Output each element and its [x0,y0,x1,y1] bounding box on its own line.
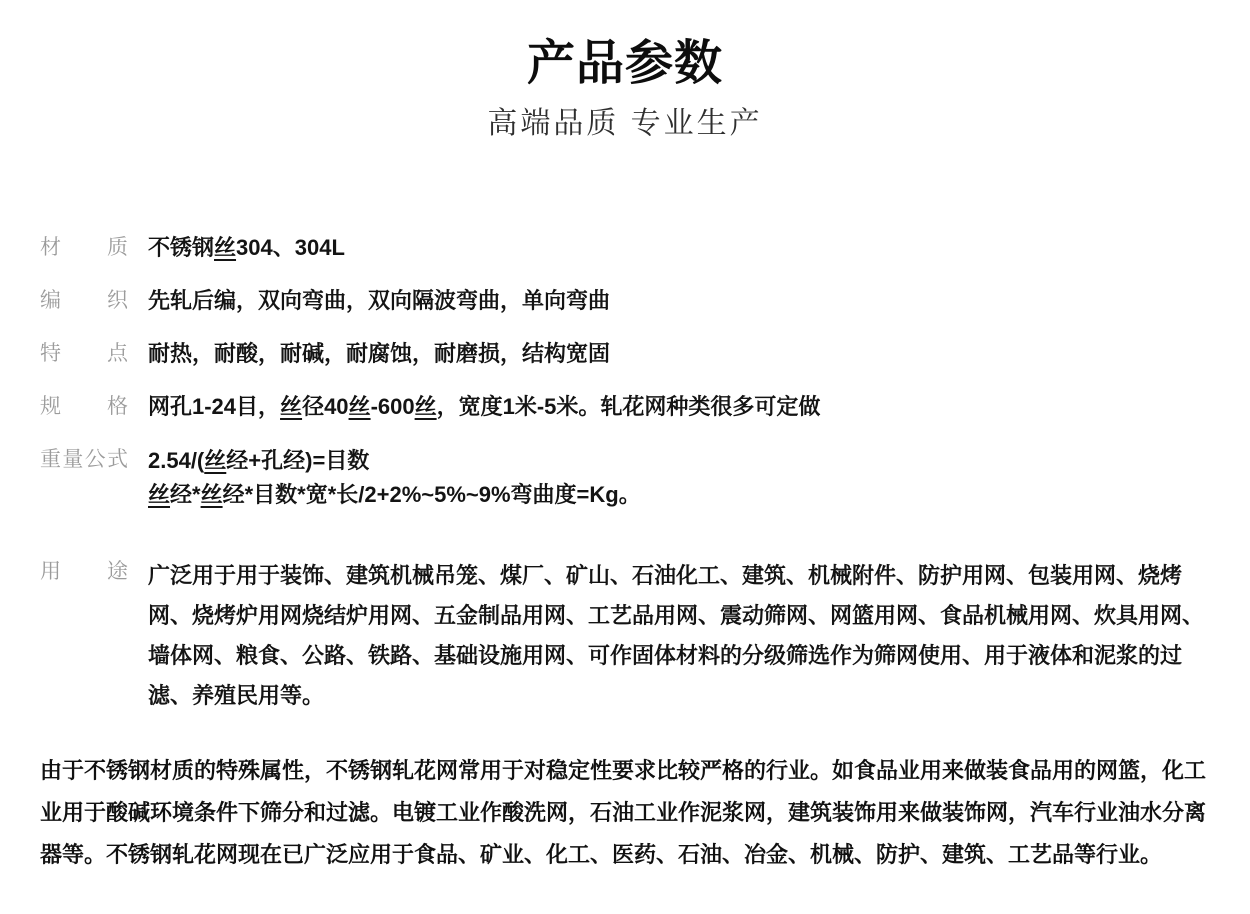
page-title: 产品参数 [0,34,1250,94]
spec-row-uses: 用途 广泛用于用于装饰、建筑机械吊笼、煤厂、矿山、石油化工、建筑、机械附件、防护… [40,556,1210,716]
spec-value-line: 耐热，耐酸，耐碱，耐腐蚀，耐磨损，结构宽固 [148,338,610,370]
spec-value-line: 广泛用于用于装饰、建筑机械吊笼、煤厂、矿山、石油化工、建筑、机械附件、防护用网、… [148,556,1210,716]
spec-value-features: 耐热，耐酸，耐碱，耐腐蚀，耐磨损，结构宽固 [148,338,610,370]
spec-label-features: 特点 [40,338,128,370]
spec-row-features: 特点 耐热，耐酸，耐碱，耐腐蚀，耐磨损，结构宽固 [40,338,1210,370]
spec-value-line: 不锈钢丝304、304L [148,232,345,264]
spec-row-material: 材质 不锈钢丝304、304L [40,232,1210,264]
spec-value-line: 网孔1-24目，丝径40丝-600丝，宽度1米-5米。轧花网种类很多可定做 [148,391,820,423]
spec-label-weaving: 编织 [40,285,128,317]
spec-value-line: 先轧后编，双向弯曲，双向隔波弯曲，单向弯曲 [148,285,610,317]
spec-row-specification: 规格 网孔1-24目，丝径40丝-600丝，宽度1米-5米。轧花网种类很多可定做 [40,391,1210,423]
spec-value-material: 不锈钢丝304、304L [148,232,345,264]
spec-row-weaving: 编织 先轧后编，双向弯曲，双向隔波弯曲，单向弯曲 [40,285,1210,317]
spec-value-specification: 网孔1-24目，丝径40丝-600丝，宽度1米-5米。轧花网种类很多可定做 [148,391,820,423]
spec-label-specification: 规格 [40,391,128,423]
page-subtitle: 高端品质 专业生产 [0,106,1250,142]
page-header: 产品参数 高端品质 专业生产 [0,0,1250,142]
description-paragraph: 由于不锈钢材质的特殊属性，不锈钢轧花网常用于对稳定性要求比较严格的行业。如食品业… [40,750,1210,876]
spec-value-uses: 广泛用于用于装饰、建筑机械吊笼、煤厂、矿山、石油化工、建筑、机械附件、防护用网、… [148,556,1210,716]
spec-label-weight-formula: 重量公式 [40,444,128,476]
spec-value-weight-formula: 2.54/(丝经+孔经)=目数 丝经*丝经*目数*宽*长/2+2%~5%~9%弯… [148,444,641,512]
spec-value-line-formula-1: 2.54/(丝经+孔经)=目数 [148,444,641,478]
product-parameters-page: 产品参数 高端品质 专业生产 材质 不锈钢丝304、304L 编织 先轧后编，双… [0,0,1250,914]
spec-row-weight-formula: 重量公式 2.54/(丝经+孔经)=目数 丝经*丝经*目数*宽*长/2+2%~5… [40,444,1210,512]
spec-value-weaving: 先轧后编，双向弯曲，双向隔波弯曲，单向弯曲 [148,285,610,317]
spec-label-material: 材质 [40,232,128,264]
spec-value-line-formula-2: 丝经*丝经*目数*宽*长/2+2%~5%~9%弯曲度=Kg。 [148,478,641,512]
spec-label-uses: 用途 [40,556,128,588]
spec-list: 材质 不锈钢丝304、304L 编织 先轧后编，双向弯曲，双向隔波弯曲，单向弯曲… [40,232,1210,716]
